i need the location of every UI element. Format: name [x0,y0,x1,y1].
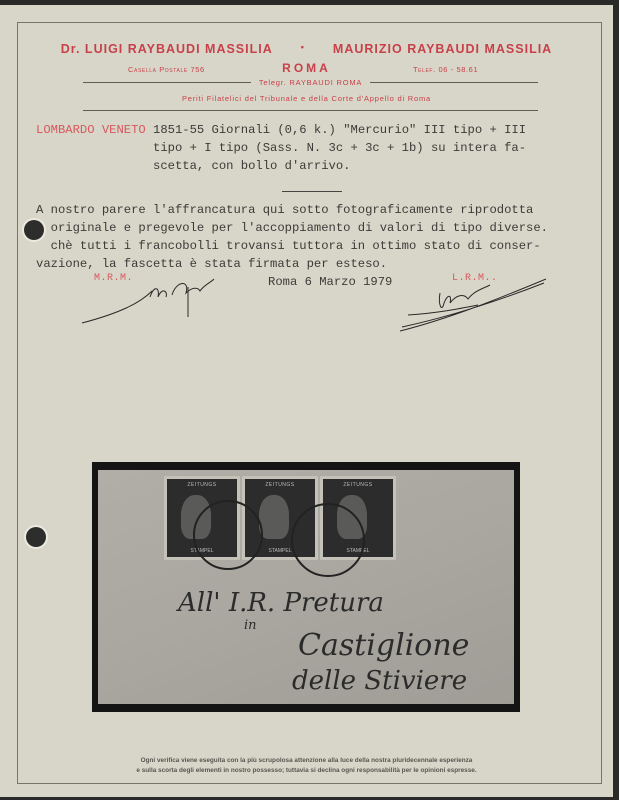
stamp-top-label: ZEITUNGS [245,482,315,488]
name-right: MAURIZIO RAYBAUDI MASSILIA [333,42,552,56]
postmark-cancel-icon [158,490,418,580]
punch-hole [26,527,46,547]
address-line-3: Castiglione [298,628,469,663]
stamp-top-label: ZEITUNGS [167,482,237,488]
separator-dot: • [301,42,305,56]
expert-opinion: A nostro parere l'affrancatura qui sotto… [36,201,548,273]
description-line-2: tipo + I tipo (Sass. N. 3c + 3c + 1b) su… [36,141,526,155]
signature-left [80,277,220,327]
cover-wrapper: ZEITUNGS STAMPEL ZEITUNGS STAMPEL ZEITUN… [98,470,514,704]
certificate-sheet: Dr. LUIGI RAYBAUDI MASSILIA • MAURIZIO R… [0,5,613,797]
punch-hole [24,220,44,240]
name-left: Dr. LUIGI RAYBAUDI MASSILIA [61,42,273,56]
opinion-line: chè tutti i francobolli trovansi tuttora… [36,239,541,253]
region-label: LOMBARDO VENETO [36,123,146,137]
divider [282,191,342,192]
letterhead-names: Dr. LUIGI RAYBAUDI MASSILIA • MAURIZIO R… [0,42,613,56]
disclaimer: Ogni verifica viene eseguita con la più … [0,756,613,776]
address-line-4: delle Stiviere [292,666,467,696]
telegraph-row: Telegr. RAYBAUDI ROMA [83,78,538,87]
disclaimer-line-1: Ogni verifica viene eseguita con la più … [0,756,613,766]
opinion-line: vazione, la fascetta è stata firmata per… [36,257,387,271]
address-line-2: in [244,618,257,633]
disclaimer-line-2: e sulla scorta degli elementi in nostro … [0,766,613,776]
divider [370,82,538,83]
po-box: Casella Postale 756 [128,65,205,74]
cover-photo: ZEITUNGS STAMPEL ZEITUNGS STAMPEL ZEITUN… [92,462,520,712]
opinion-line: A nostro parere l'affrancatura qui sotto… [36,203,533,217]
telegraph: Telegr. RAYBAUDI ROMA [259,78,362,87]
phone: Telef. 06 - 58.61 [413,65,478,74]
place-date: Roma 6 Marzo 1979 [268,275,392,289]
divider [83,82,251,83]
description-line-3: scetta, con bollo d'arrivo. [36,159,351,173]
letterhead-city: ROMA [0,61,613,75]
signature-right [398,275,548,335]
address-line-1: All' I.R. Pretura [178,588,384,618]
opinion-line: è originale e pregevole per l'accoppiame… [36,221,548,235]
stamp-description: LOMBARDO VENETO 1851-55 Giornali (0,6 k.… [36,121,526,175]
divider [83,110,538,111]
letterhead-subtitle: Periti Filatelici del Tribunale e della … [0,94,613,103]
stamp-top-label: ZEITUNGS [323,482,393,488]
description-line-1: 1851-55 Giornali (0,6 k.) "Mercurio" III… [146,123,526,137]
